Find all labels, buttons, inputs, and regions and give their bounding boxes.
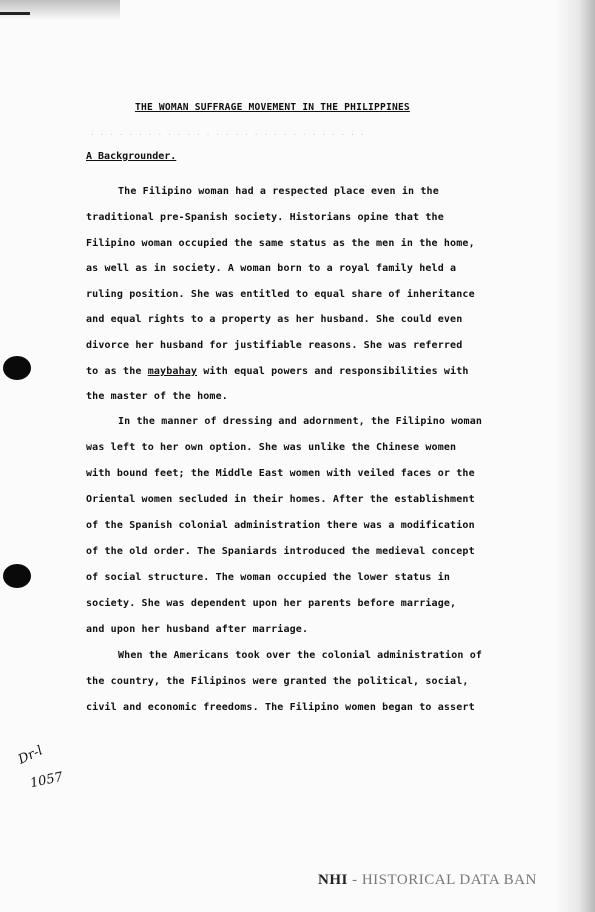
body-line: ruling position. She was entitled to equ… bbox=[86, 289, 475, 300]
underlined-term: maybahay bbox=[148, 366, 197, 377]
body-text: with equal powers and responsibilities w… bbox=[197, 366, 469, 377]
body-line: society. She was dependent upon her pare… bbox=[86, 598, 456, 609]
body-line: In the manner of dressing and adornment,… bbox=[118, 416, 482, 427]
body-line: to as the maybahay with equal powers and… bbox=[86, 366, 469, 377]
body-line: civil and economic freedoms. The Filipin… bbox=[86, 702, 475, 713]
body-line: with bound feet; the Middle East women w… bbox=[86, 468, 475, 479]
document-title: THE WOMAN SUFFRAGE MOVEMENT IN THE PHILI… bbox=[135, 102, 410, 113]
body-line: and upon her husband after marriage. bbox=[86, 624, 308, 635]
body-line: divorce her husband for justifiable reas… bbox=[86, 340, 462, 351]
scan-mark bbox=[0, 12, 30, 15]
body-line: Filipino woman occupied the same status … bbox=[86, 238, 475, 249]
body-line: the country, the Filipinos were granted … bbox=[86, 676, 469, 687]
scan-shadow-top bbox=[0, 0, 120, 20]
section-heading: A Backgrounder. bbox=[86, 151, 176, 162]
stamp-bold: NHI bbox=[318, 872, 348, 888]
bleed-through-text: · · · · · · · · · · · · · · · · · · · · … bbox=[90, 130, 365, 139]
body-line: and equal rights to a property as her hu… bbox=[86, 314, 462, 325]
scan-shadow-right bbox=[555, 0, 595, 912]
handwritten-note: Dr-l bbox=[16, 743, 45, 767]
body-line: of the old order. The Spaniards introduc… bbox=[86, 546, 475, 557]
body-text: to as the bbox=[86, 366, 148, 377]
binder-hole-icon bbox=[3, 356, 31, 380]
body-line: as well as in society. A woman born to a… bbox=[86, 263, 456, 274]
body-line: Oriental women secluded in their homes. … bbox=[86, 494, 475, 505]
body-line: the master of the home. bbox=[86, 391, 228, 402]
body-line: When the Americans took over the colonia… bbox=[118, 650, 482, 661]
body-line: The Filipino woman had a respected place… bbox=[118, 186, 439, 197]
body-line: traditional pre-Spanish society. Histori… bbox=[86, 212, 444, 223]
handwritten-number: 1057 bbox=[29, 770, 64, 792]
binder-hole-icon bbox=[3, 564, 31, 588]
body-line: of social structure. The woman occupied … bbox=[86, 572, 450, 583]
body-line: of the Spanish colonial administration t… bbox=[86, 520, 475, 531]
scanned-document-page: · · · · · · · · · · · · · · · · · · · · … bbox=[0, 0, 595, 912]
stamp-text: - HISTORICAL DATA BAN bbox=[348, 872, 537, 888]
archive-stamp: NHI - HISTORICAL DATA BAN bbox=[318, 872, 537, 889]
body-line: was left to her own option. She was unli… bbox=[86, 442, 456, 453]
